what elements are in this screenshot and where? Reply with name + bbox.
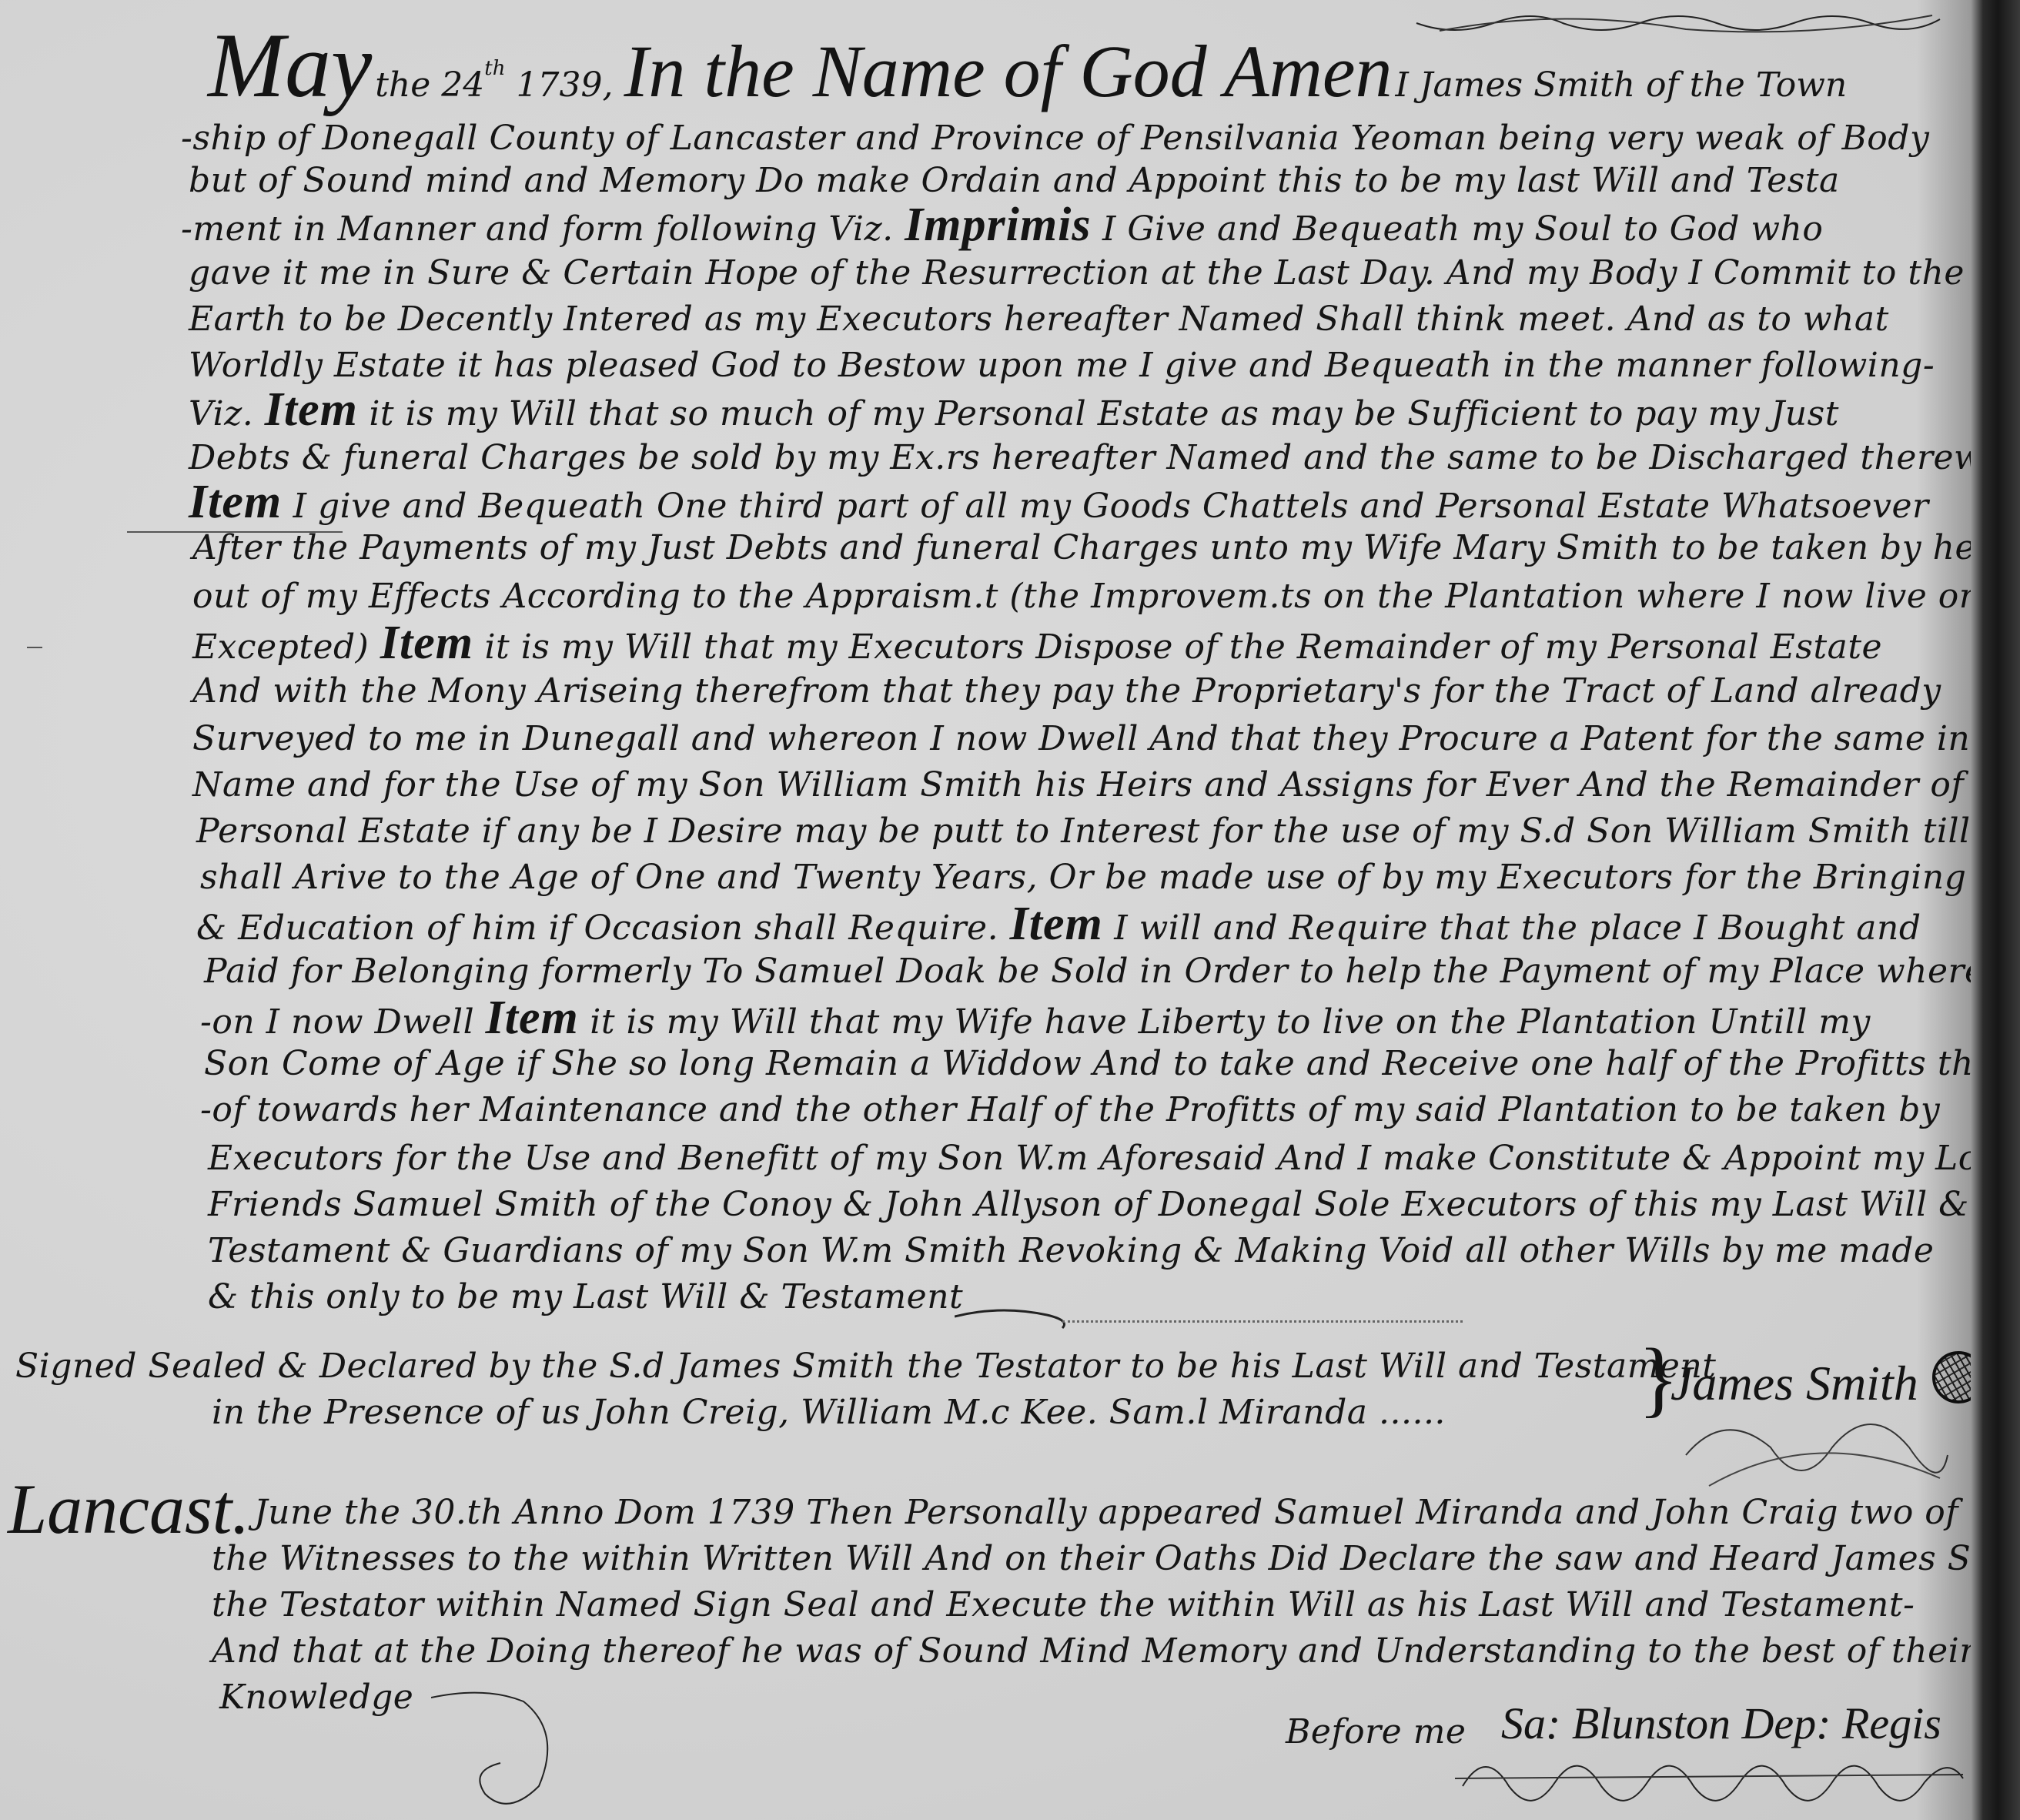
- knowledge-flourish-icon: [431, 1686, 585, 1817]
- heading-date: the 24th 1739,: [375, 65, 624, 105]
- will-heading: May the 24th 1739, In the Name of God Am…: [208, 15, 1847, 115]
- will-line-1: -ship of Donegall County of Lancaster an…: [181, 115, 1929, 162]
- end-flourish-icon: [955, 1301, 1078, 1332]
- binding-shadow: [1917, 0, 1971, 1820]
- margin-tick: [27, 647, 42, 648]
- will-line-16: Personal Estate if any be I Desire may b…: [196, 808, 2020, 855]
- dotted-leader: [1062, 1320, 1463, 1323]
- will-line-10: After the Payments of my Just Debts and …: [192, 525, 1992, 571]
- item-clause-5: Item: [486, 992, 579, 1044]
- will-line-11: out of my Effects According to the Appra…: [192, 574, 2012, 620]
- imprimis-clause: Imprimis: [905, 199, 1091, 251]
- will-line-26: & this only to be my Last Will & Testame…: [208, 1274, 963, 1320]
- will-line-24: Friends Samuel Smith of the Conoy & John…: [208, 1182, 1969, 1228]
- will-line-23: Executors for the Use and Benefitt of my…: [208, 1136, 1991, 1182]
- will-line-12: Excepted) Item it is my Will that my Exe…: [192, 620, 1882, 671]
- will-line-6: Worldly Estate it has pleased God to Bes…: [189, 343, 1935, 389]
- will-line-9: Item I give and Bequeath One third part …: [189, 479, 1929, 530]
- will-line-22: -of towards her Maintenance and the othe…: [200, 1087, 1940, 1133]
- registrar-flourish-icon: [1447, 1740, 1971, 1820]
- will-line-21: Son Come of Age if She so long Remain a …: [204, 1041, 2020, 1087]
- will-line-20: -on I now Dwell Item it is my Will that …: [200, 995, 1871, 1045]
- will-line-15: Name and for the Use of my Son William S…: [192, 762, 2020, 808]
- heading-invocation: In the Name of God Amen: [624, 30, 1392, 112]
- signature-flourish-icon: [1678, 1409, 1955, 1501]
- will-line-14: Surveyed to me in Dunegall and whereon I…: [192, 716, 2020, 762]
- probate-line-2: the Witnesses to the within Written Will…: [212, 1536, 2020, 1582]
- item-clause-3: Item: [380, 617, 473, 669]
- manuscript-page: May the 24th 1739, In the Name of God Am…: [0, 0, 1971, 1820]
- will-line-8: Debts & funeral Charges be sold by my Ex…: [189, 435, 2020, 481]
- heading-testator-intro: I James Smith of the Town: [1396, 65, 1848, 105]
- heading-month: May: [208, 14, 372, 116]
- item-clause-4: Item: [1010, 898, 1103, 950]
- item-clause-2: Item: [189, 476, 282, 528]
- will-line-2: but of Sound mind and Memory Do make Ord…: [189, 158, 1840, 204]
- probate-line-1: June the 30.th Anno Dom 1739 Then Person…: [254, 1490, 1958, 1536]
- will-line-19: Paid for Belonging formerly To Samuel Do…: [204, 948, 1985, 995]
- before-me-label: Before me: [1286, 1709, 1466, 1755]
- will-line-7: Viz. Item it is my Will that so much of …: [189, 386, 1839, 437]
- testator-signature: James Smith: [1671, 1355, 1918, 1412]
- will-line-5: Earth to be Decently Intered as my Execu…: [189, 296, 1889, 343]
- will-line-17: shall Arive to the Age of One and Twenty…: [200, 855, 2020, 901]
- will-line-4: gave it me in Sure & Certain Hope of the…: [189, 250, 1965, 296]
- probate-line-4: And that at the Doing thereof he was of …: [212, 1628, 1976, 1674]
- will-line-3: -ment in Manner and form following Viz. …: [181, 202, 1823, 253]
- probate-line-3: the Testator within Named Sign Seal and …: [212, 1582, 1915, 1628]
- book-binding-gutter: [1971, 0, 2020, 1820]
- attestation-line-2: in the Presence of us John Creig, Willia…: [212, 1390, 1446, 1436]
- probate-line-5: Knowledge: [219, 1674, 413, 1721]
- item-clause-1: Item: [265, 383, 358, 436]
- will-line-25: Testament & Guardians of my Son W.m Smit…: [208, 1228, 1934, 1274]
- will-line-18: & Education of him if Occasion shall Req…: [196, 901, 1921, 952]
- attestation-line-1: Signed Sealed & Declared by the S.d Jame…: [15, 1343, 1717, 1390]
- will-line-13: And with the Mony Ariseing therefrom tha…: [192, 668, 1941, 714]
